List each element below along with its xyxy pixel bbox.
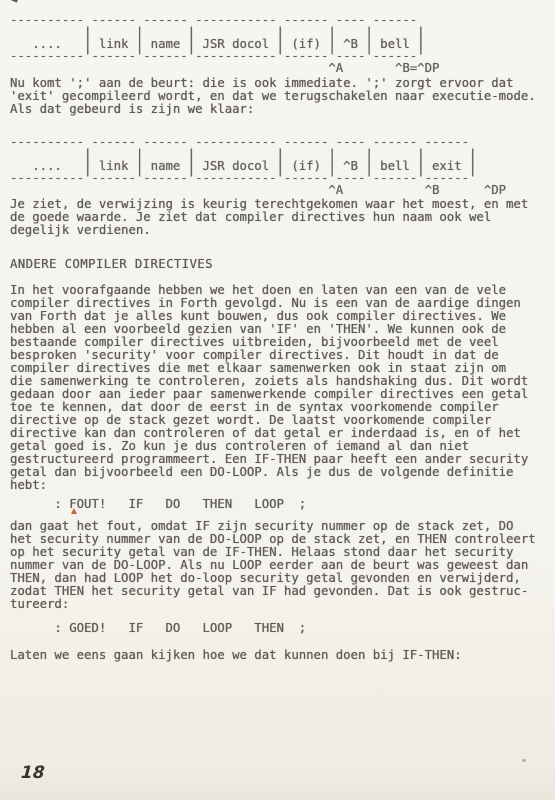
code-line-goed: : GOED! IF DO LOOP THEN ;	[10, 622, 306, 635]
scanned-book-page: ---------- ------ ------ ----------- ---…	[0, 0, 555, 800]
memory-diagram-before-exit: ---------- ------ ------ ----------- ---…	[10, 14, 439, 74]
paragraph-verwijzing: Je ziet, de verwijzing is keurig terecht…	[10, 198, 528, 237]
page-number: 18	[20, 763, 45, 783]
code-line-fout: : FOUT! IF DO THEN LOOP ;	[10, 498, 306, 511]
scan-corner-artifact	[4, 0, 18, 3]
red-pen-caret-mark	[71, 508, 77, 514]
memory-diagram-after-exit: ---------- ------ ------ ----------- ---…	[10, 136, 506, 196]
paragraph-security-uitleg: In het voorafgaande hebben we het doen e…	[10, 284, 528, 492]
section-heading: ANDERE COMPILER DIRECTIVES	[10, 258, 213, 271]
paragraph-semicolon-immediate: Nu komt ';' aan de beurt: die is ook imm…	[10, 77, 536, 116]
paragraph-slotzin: Laten we eens gaan kijken hoe we dat kun…	[10, 649, 462, 662]
scan-speck-artifact	[522, 759, 526, 762]
paragraph-fout-uitleg: dan gaat het fout, omdat IF zijn securit…	[10, 520, 536, 611]
